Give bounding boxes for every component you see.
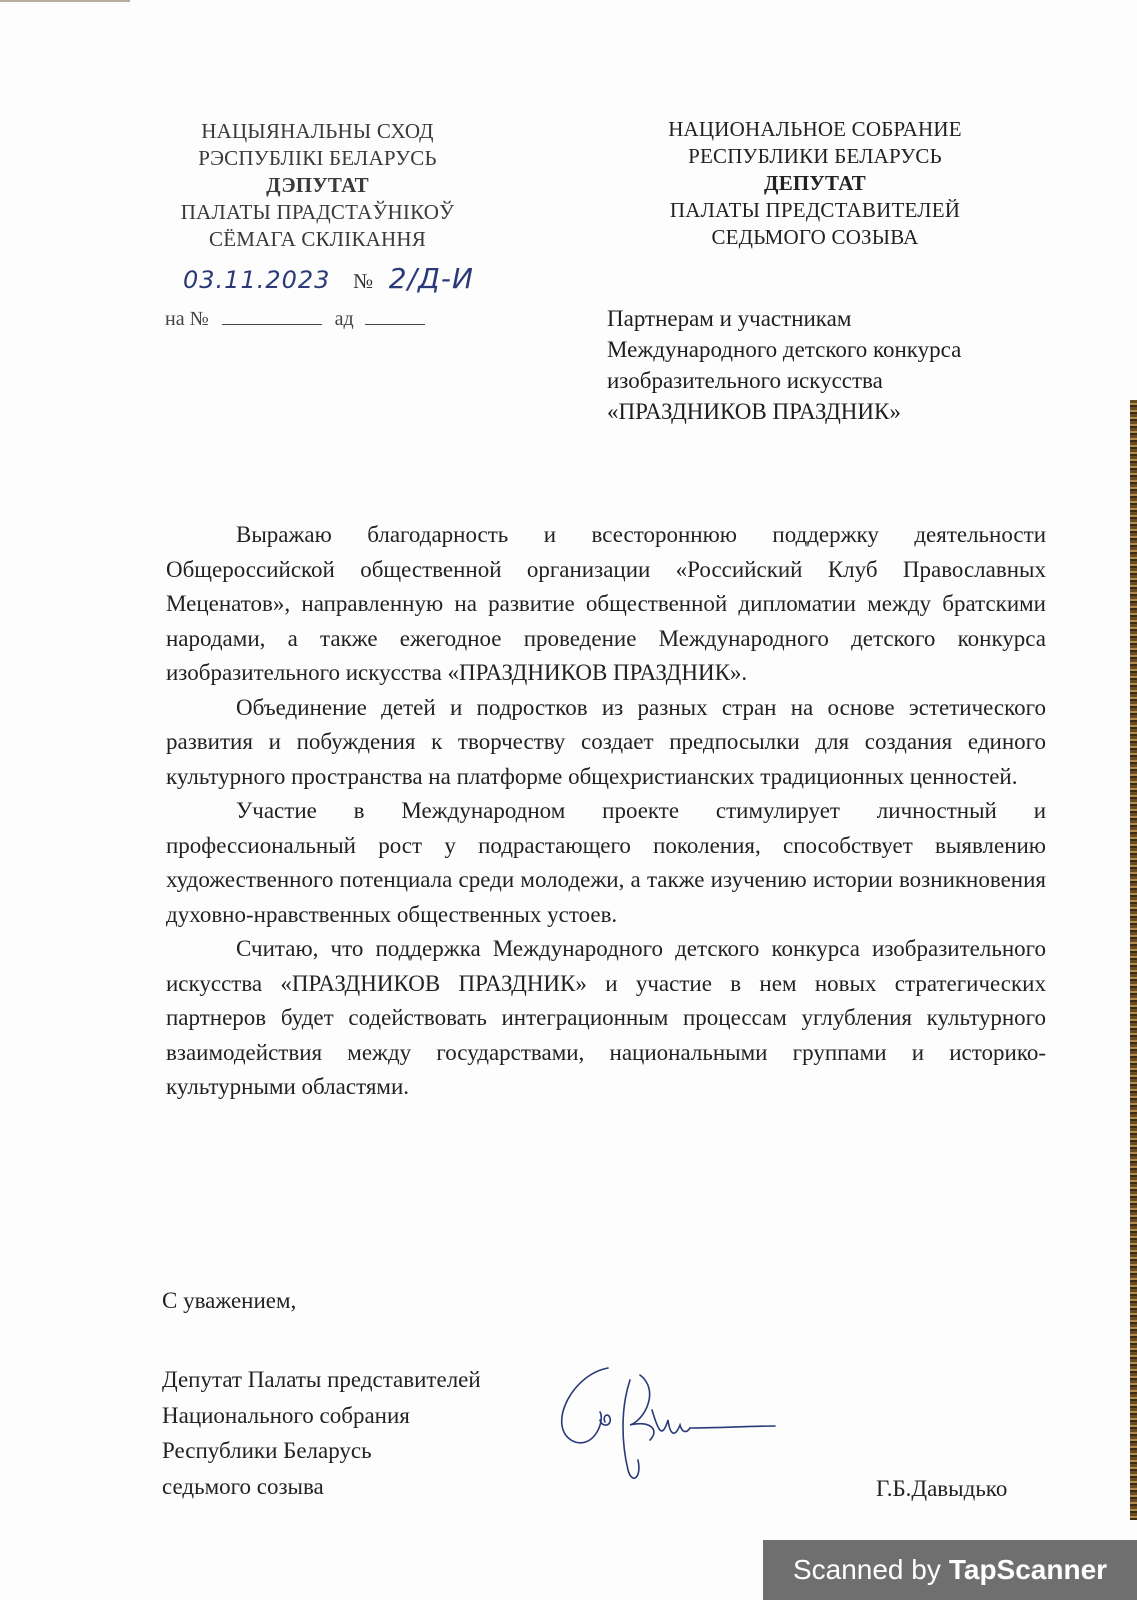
letterhead-belarusian: НАЦЫЯНАЛЬНЫ СХОД РЭСПУБЛІКІ БЕЛАРУСЬ ДЭП… (160, 118, 475, 253)
letterhead-line: СЕДЬМОГО СОЗЫВА (640, 224, 990, 251)
letterhead-line: НАЦЫЯНАЛЬНЫ СХОД (160, 118, 475, 145)
addressee-line: Международного детского конкурса (607, 334, 961, 365)
ref-date-blank (365, 310, 425, 325)
letterhead-line: ДЭПУТАТ (160, 172, 475, 199)
number-sign: № (353, 269, 374, 293)
handwritten-signature-icon (550, 1350, 780, 1490)
addressee-block: Партнерам и участникам Международного де… (607, 303, 961, 427)
watermark-prefix: Scanned by (793, 1554, 941, 1586)
body-paragraph: Считаю, что поддержка Международного дет… (166, 932, 1046, 1105)
letterhead-line: ПАЛАТЫ ПРАДСТАЎНІКОЎ (160, 199, 475, 226)
reference-line: на № ад (165, 308, 425, 331)
letterhead-line: РЕСПУБЛИКИ БЕЛАРУСЬ (640, 143, 990, 170)
handwritten-date: 03.11.2023 (183, 266, 330, 294)
watermark-brand: TapScanner (949, 1554, 1107, 1586)
ref-prefix: на № (165, 308, 209, 330)
addressee-line: Партнерам и участникам (607, 303, 961, 334)
signer-title-line: Депутат Палаты представителей (162, 1362, 481, 1398)
scanned-letter-page: НАЦЫЯНАЛЬНЫ СХОД РЭСПУБЛІКІ БЕЛАРУСЬ ДЭП… (0, 0, 1137, 1600)
body-paragraph: Объединение детей и подростков из разных… (166, 691, 1046, 795)
scanner-watermark: Scanned by TapScanner (763, 1540, 1137, 1600)
signer-title-line: седьмого созыва (162, 1469, 481, 1505)
registration-number: 03.11.2023 № 2/Д-И (183, 262, 474, 295)
letterhead-line: НАЦИОНАЛЬНОЕ СОБРАНИЕ (640, 116, 990, 143)
letterhead-line: РЭСПУБЛІКІ БЕЛАРУСЬ (160, 145, 475, 172)
letterhead-line: ДЕПУТАТ (640, 170, 990, 197)
body-paragraph: Участие в Международном проекте стимулир… (166, 794, 1046, 932)
signer-title-line: Национального собрания (162, 1398, 481, 1434)
ref-number-blank (222, 310, 322, 325)
signer-title-line: Республики Беларусь (162, 1433, 481, 1469)
scan-edge-top (0, 0, 130, 2)
signer-title: Депутат Палаты представителей Национальн… (162, 1362, 481, 1504)
letter-body: Выражаю благодарность и всестороннюю под… (166, 518, 1046, 1105)
addressee-line: изобразительного искусства (607, 365, 961, 396)
scan-edge-right (1130, 400, 1137, 1520)
addressee-line: «ПРАЗДНИКОВ ПРАЗДНИК» (607, 396, 961, 427)
letterhead-line: ПАЛАТЫ ПРЕДСТАВИТЕЛЕЙ (640, 197, 990, 224)
signer-name: Г.Б.Давыдько (876, 1476, 1007, 1502)
letterhead-russian: НАЦИОНАЛЬНОЕ СОБРАНИЕ РЕСПУБЛИКИ БЕЛАРУС… (640, 116, 990, 251)
letterhead-line: СЁМАГА СКЛІКАННЯ (160, 226, 475, 253)
handwritten-number: 2/Д-И (389, 262, 474, 295)
body-paragraph: Выражаю благодарность и всестороннюю под… (166, 518, 1046, 691)
salutation: С уважением, (162, 1288, 296, 1314)
ref-from: ад (335, 308, 354, 330)
